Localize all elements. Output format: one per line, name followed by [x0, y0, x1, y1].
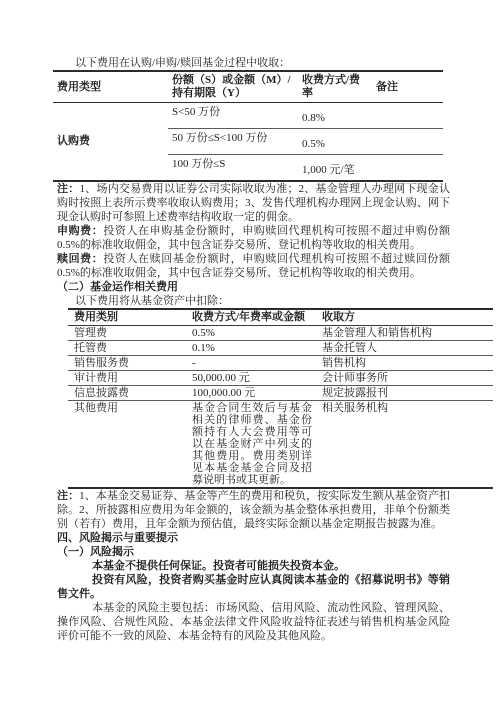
risk-statement-prospectus: 投资有风险，投资者购买基金时应认真阅读本基金的《招募说明书》等销售文件。	[57, 573, 450, 601]
remark-cell	[372, 129, 443, 155]
redemption-fee-note: 赎回费：投资人在赎回基金份额时，申购赎回代理机构可按照不超过赎回份额0.5%的标…	[57, 252, 450, 280]
condition-cell: 100 万份≤S	[168, 155, 298, 181]
section4-heading: 四、风险揭示与重要提示	[57, 531, 450, 545]
header-payee: 收取方	[316, 309, 493, 326]
fee-category-cell: 其他费用	[68, 400, 186, 488]
rate-cell: 基金合同生效后与基金相关的律师费、基金份额持有人大会费用等可以在基金财产中列支的…	[186, 400, 316, 488]
header-remark: 备注	[372, 71, 443, 103]
table1-intro-text: 以下费用在认购/申购/赎回基金过程中收取：	[57, 56, 450, 70]
table2-intro-text: 以下费用将从基金资产中扣除：	[57, 294, 450, 308]
header-charge-method: 收费方式/费率	[298, 71, 372, 103]
fee-category-cell: 信息披露费	[68, 385, 186, 400]
rate-cell: 50,000.00 元	[186, 370, 316, 385]
fee-category-cell: 管理费	[68, 325, 186, 340]
payee-cell: 相关服务机构	[316, 400, 493, 488]
risk-statement-guarantee: 本基金不提供任何保证。投资者可能损失投资本金。	[57, 559, 450, 573]
note-label: 注：	[57, 490, 79, 502]
rate-cell: 0.8%	[298, 103, 372, 129]
rate-cell: 100,000.00 元	[186, 385, 316, 400]
remark-cell	[372, 103, 443, 129]
payee-cell: 会计师事务所	[316, 370, 493, 385]
rate-cell: 0.1%	[186, 340, 316, 355]
table-row: 托管费 0.1% 基金托管人	[68, 340, 493, 355]
subscription-fee-text: 投资人在申购基金份额时，申购赎回代理机构可按照不超过申购份额0.5%的标准收取佣…	[57, 225, 450, 251]
fee-type-cell: 认购费	[53, 103, 168, 181]
table-row: 认购费 S<50 万份 0.8%	[53, 103, 443, 129]
table1-note: 注：1、场内交易费用以证券公司实际收取为准；2、基金管理人办理网下现金认购时按照…	[57, 182, 450, 224]
note-text: 1、场内交易费用以证券公司实际收取为准；2、基金管理人办理网下现金认购时按照上表…	[57, 183, 450, 223]
header-charge-rate: 收费方式/年费率或金额	[186, 309, 316, 326]
redemption-fee-label: 赎回费：	[57, 253, 103, 265]
fee-category-cell: 销售服务费	[68, 355, 186, 370]
subscription-fee-label: 申购费：	[57, 225, 103, 237]
subscription-fee-table: 费用类型 份额（S）或金额（M）/ 持有期限（Y） 收费方式/费率 备注 认购费…	[53, 70, 443, 182]
header-share-amount: 份额（S）或金额（M）/ 持有期限（Y）	[168, 71, 298, 103]
section4-sub-heading: （一）风险揭示	[57, 545, 450, 559]
header-fee-category: 费用类别	[68, 309, 186, 326]
operating-fee-table: 费用类别 收费方式/年费率或金额 收取方 管理费 0.5% 基金管理人和销售机构…	[68, 308, 493, 489]
fund-fee-document-page: 以下费用在认购/申购/赎回基金过程中收取： 费用类型 份额（S）或金额（M）/ …	[0, 0, 500, 707]
condition-cell: S<50 万份	[168, 103, 298, 129]
payee-cell: 基金管理人和销售机构	[316, 325, 493, 340]
note-text: 1、本基金交易证券、基金等产生的费用和税负，按实际发生额从基金资产扣除。2、所披…	[57, 490, 450, 530]
remark-cell	[372, 155, 443, 181]
fee-category-cell: 托管费	[68, 340, 186, 355]
table2-note: 注：1、本基金交易证券、基金等产生的费用和税负，按实际发生额从基金资产扣除。2、…	[57, 489, 450, 531]
redemption-fee-text: 投资人在赎回基金份额时，申购赎回代理机构可按照不超过赎回份额0.5%的标准收取佣…	[57, 253, 450, 279]
payee-cell: 销售机构	[316, 355, 493, 370]
table-row: 其他费用 基金合同生效后与基金相关的律师费、基金份额持有人大会费用等可以在基金财…	[68, 400, 493, 488]
table-row: 管理费 0.5% 基金管理人和销售机构	[68, 325, 493, 340]
rate-cell: 1,000 元/笔	[298, 155, 372, 181]
table-header-row: 费用类别 收费方式/年费率或金额 收取方	[68, 309, 493, 326]
payee-cell: 基金托管人	[316, 340, 493, 355]
table-row: 销售服务费 - 销售机构	[68, 355, 493, 370]
payee-cell: 规定披露报刊	[316, 385, 493, 400]
rate-cell: 0.5%	[298, 129, 372, 155]
table-row: 审计费用 50,000.00 元 会计师事务所	[68, 370, 493, 385]
section2-heading: （二）基金运作相关费用	[57, 280, 450, 294]
subscription-fee-note: 申购费：投资人在申购基金份额时，申购赎回代理机构可按照不超过申购份额0.5%的标…	[57, 224, 450, 252]
header-fee-type: 费用类型	[53, 71, 168, 103]
fee-category-cell: 审计费用	[68, 370, 186, 385]
risk-types-paragraph: 本基金的风险主要包括：市场风险、信用风险、流动性风险、管理风险、操作风险、合规性…	[57, 601, 450, 643]
condition-cell: 50 万份≤S<100 万份	[168, 129, 298, 155]
note-label: 注：	[57, 183, 79, 195]
rate-cell: -	[186, 355, 316, 370]
table-row: 信息披露费 100,000.00 元 规定披露报刊	[68, 385, 493, 400]
table-header-row: 费用类型 份额（S）或金额（M）/ 持有期限（Y） 收费方式/费率 备注	[53, 71, 443, 103]
rate-cell: 0.5%	[186, 325, 316, 340]
